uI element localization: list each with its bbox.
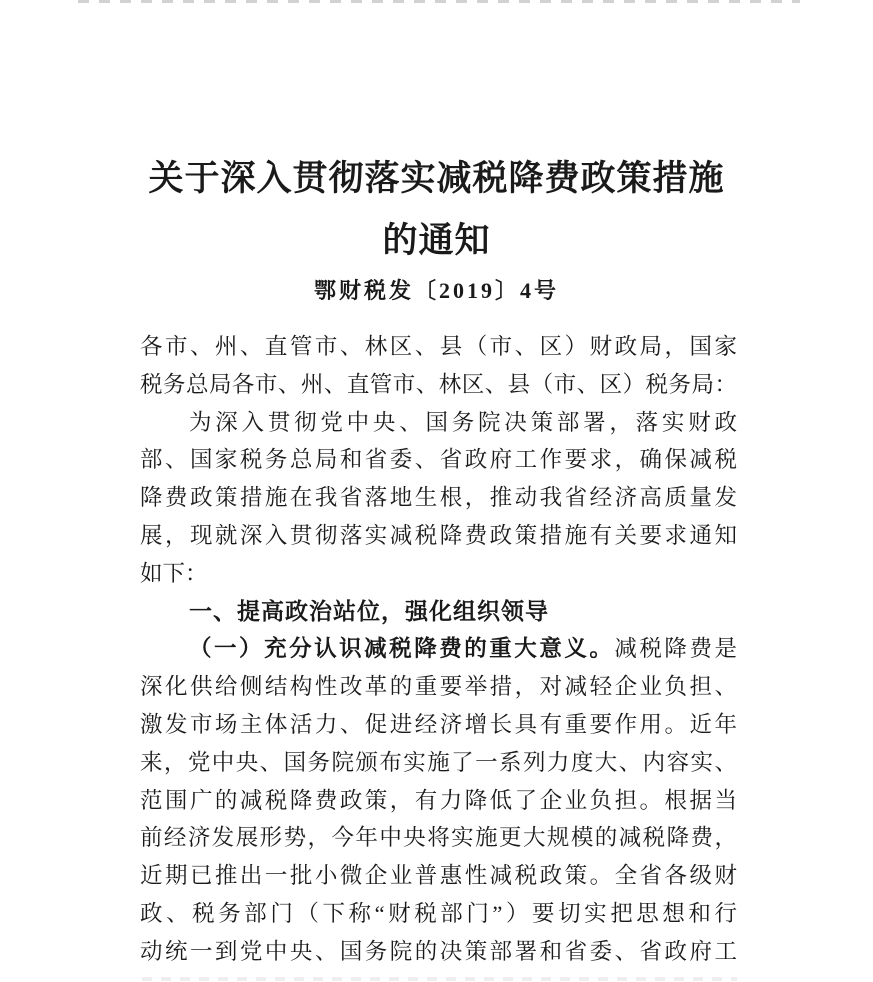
section-heading: 一、提高政治站位，强化组织领导 xyxy=(140,593,737,631)
previous-page-text-remnant xyxy=(78,0,800,3)
text-run: 税务总局各市、州、直管市、林区、县（市、区）税务局： xyxy=(140,372,737,397)
body-line: 激发市场主体活力、促进经济增长具有重要作用。近年 xyxy=(140,706,737,744)
body-line: 前经济发展形势，今年中央将实施更大规模的减税降费， xyxy=(140,819,737,857)
document-title: 关于深入贯彻落实减税降费政策措施 的通知 xyxy=(0,148,873,272)
body-line: 来，党中央、国务院颁布实施了一系列力度大、内容实、 xyxy=(140,744,737,782)
title-line-1: 关于深入贯彻落实减税降费政策措施 xyxy=(0,148,873,210)
body-line: 如下： xyxy=(140,555,737,593)
next-line-text-remnant xyxy=(142,977,737,981)
body-line: 各市、州、直管市、林区、县（市、区）财政局，国家 xyxy=(140,328,737,366)
text-run: 政、税务部门（下称“财税部门”）要切实把思想和行 xyxy=(140,901,737,926)
body-line: 政、税务部门（下称“财税部门”）要切实把思想和行 xyxy=(140,895,737,933)
text-run: 展，现就深入贯彻落实减税降费政策措施有关要求通知 xyxy=(140,523,737,548)
text-run: 深化供给侧结构性改革的重要举措，对减轻企业负担、 xyxy=(140,674,737,699)
text-run: 为深入贯彻党中央、国务院决策部署，落实财政 xyxy=(189,410,737,435)
body-line: 税务总局各市、州、直管市、林区、县（市、区）税务局： xyxy=(140,366,737,404)
text-run: 来，党中央、国务院颁布实施了一系列力度大、内容实、 xyxy=(140,750,737,775)
document-page: 关于深入贯彻落实减税降费政策措施 的通知 鄂财税发〔2019〕4号 各市、州、直… xyxy=(0,0,873,982)
text-run: 减税降费是 xyxy=(614,636,737,661)
text-run: 一、提高政治站位，强化组织领导 xyxy=(189,598,549,624)
text-run: 前经济发展形势，今年中央将实施更大规模的减税降费， xyxy=(140,825,737,850)
document-body: 各市、州、直管市、林区、县（市、区）财政局，国家税务总局各市、州、直管市、林区、… xyxy=(140,328,737,971)
document-number: 鄂财税发〔2019〕4号 xyxy=(0,274,873,305)
body-line: 深化供给侧结构性改革的重要举措，对减轻企业负担、 xyxy=(140,668,737,706)
text-run: 各市、州、直管市、林区、县（市、区）财政局，国家 xyxy=(140,334,737,359)
body-line: 近期已推出一批小微企业普惠性减税政策。全省各级财 xyxy=(140,857,737,895)
body-line: 展，现就深入贯彻落实减税降费政策措施有关要求通知 xyxy=(140,517,737,555)
body-line: 为深入贯彻党中央、国务院决策部署，落实财政 xyxy=(140,404,737,442)
text-run: 降费政策措施在我省落地生根，推动我省经济高质量发 xyxy=(140,485,737,510)
text-run: 部、国家税务总局和省委、省政府工作要求，确保减税 xyxy=(140,447,737,472)
body-line: 降费政策措施在我省落地生根，推动我省经济高质量发 xyxy=(140,479,737,517)
emphasized-text-run: （一）充分认识减税降费的重大意义。 xyxy=(189,636,614,661)
body-line: 范围广的减税降费政策，有力降低了企业负担。根据当 xyxy=(140,782,737,820)
body-line: （一）充分认识减税降费的重大意义。减税降费是 xyxy=(140,630,737,668)
title-line-2: 的通知 xyxy=(0,210,873,272)
text-run: 近期已推出一批小微企业普惠性减税政策。全省各级财 xyxy=(140,863,737,888)
body-line: 动统一到党中央、国务院的决策部署和省委、省政府工 xyxy=(140,933,737,971)
body-line: 部、国家税务总局和省委、省政府工作要求，确保减税 xyxy=(140,441,737,479)
text-run: 范围广的减税降费政策，有力降低了企业负担。根据当 xyxy=(140,788,737,813)
text-run: 激发市场主体活力、促进经济增长具有重要作用。近年 xyxy=(140,712,737,737)
text-run: 动统一到党中央、国务院的决策部署和省委、省政府工 xyxy=(140,939,737,964)
text-run: 如下： xyxy=(140,561,208,586)
